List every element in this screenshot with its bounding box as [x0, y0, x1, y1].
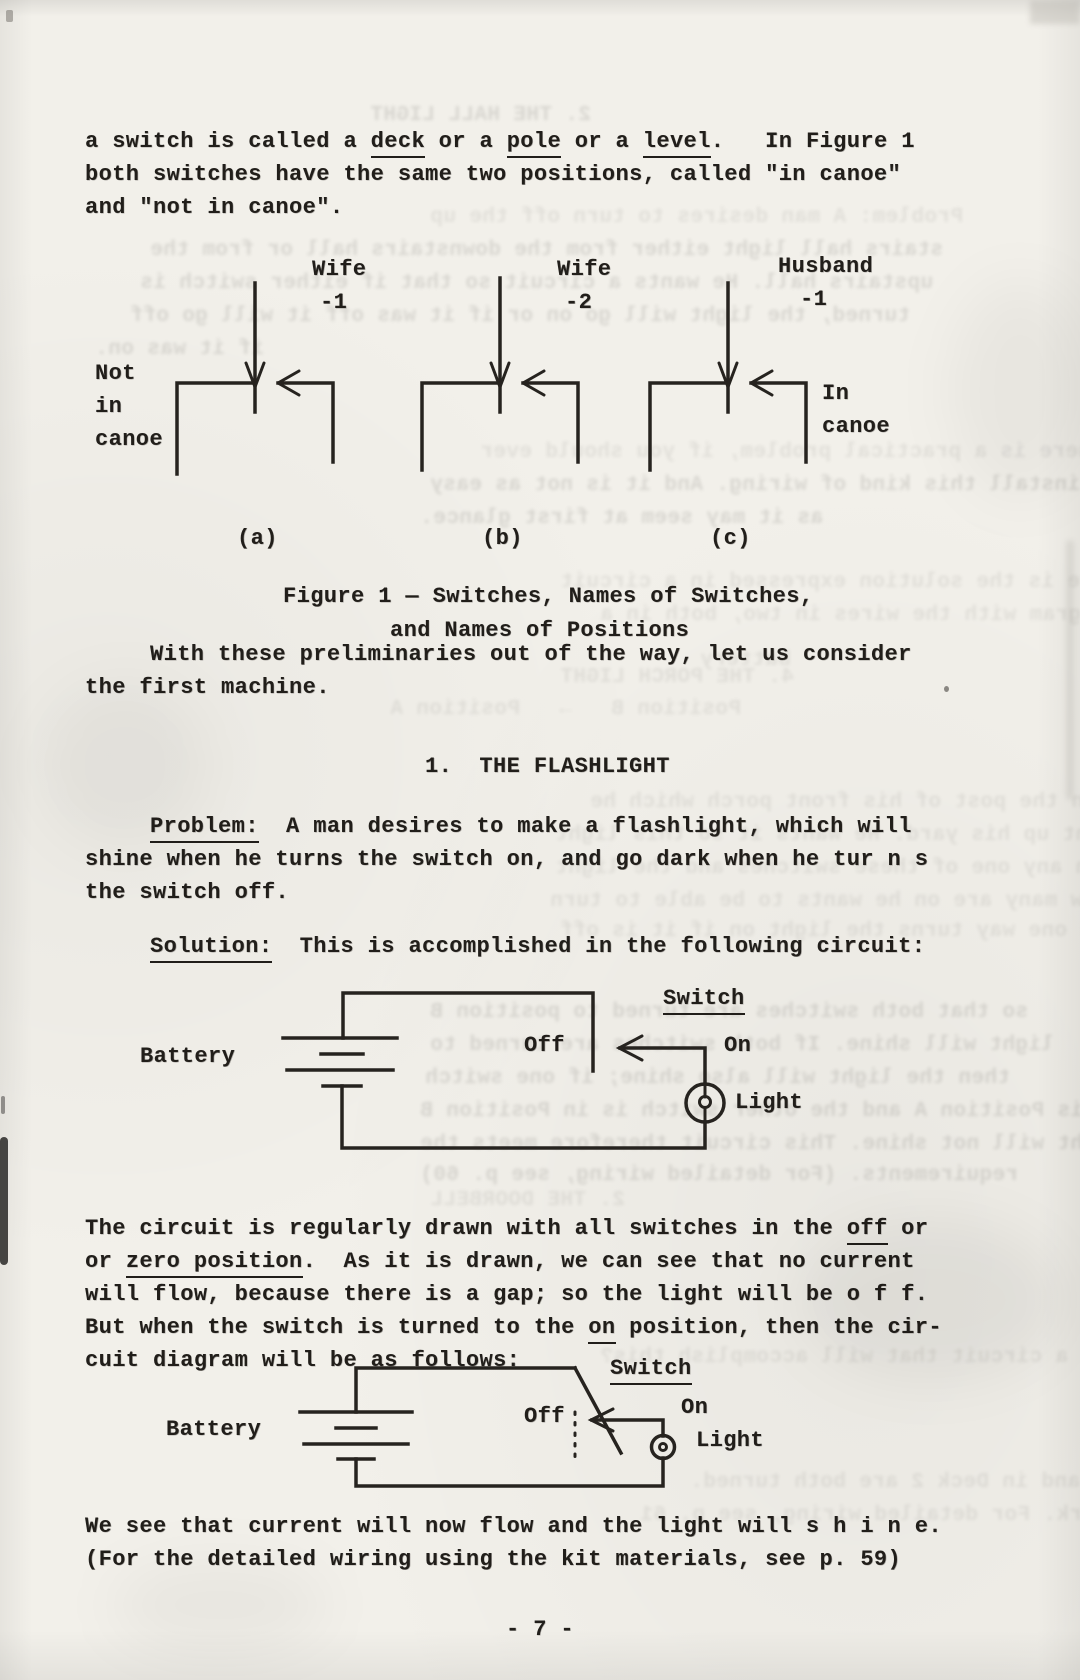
subfigure-tag-b: (b): [482, 525, 523, 552]
intro-line-1: a switch is called a deck or a pole or a…: [85, 128, 915, 155]
figure1-caption-line1: Figure 1 — Switches, Names of Switches,: [283, 583, 813, 610]
term-zero-position: zero position: [126, 1249, 303, 1278]
intro-text: or a: [425, 129, 507, 154]
intro-text: or a: [561, 129, 643, 154]
subfigure-tag-c: (c): [710, 525, 751, 552]
section-heading-flashlight: 1. THE FLASHLIGHT: [425, 753, 670, 780]
light-bulb-icon: [652, 1436, 675, 1459]
circuit1-battery-label: Battery: [140, 1043, 235, 1070]
paper-mottle: [950, 280, 1080, 500]
term-deck: deck: [371, 129, 425, 158]
bleed-through-line: 2. THE DOORBELL: [430, 1188, 625, 1214]
circuit2-wires: [356, 1368, 663, 1486]
circuit2-off-label: Off: [524, 1403, 565, 1430]
position-label-not: Not: [95, 360, 136, 387]
prelim-line-1: With these preliminaries out of the way,…: [150, 641, 912, 668]
term-pole: pole: [507, 129, 561, 158]
problem-line-1: Problem: A man desires to make a flashli…: [150, 813, 912, 840]
switch-c-symbol: [650, 283, 806, 470]
battery-symbol: [283, 1038, 397, 1086]
para2-line-2: or zero position. As it is drawn, we can…: [85, 1248, 915, 1275]
term-on: on: [588, 1315, 615, 1344]
bleed-through-line: as it may seem at first glance.: [420, 506, 823, 532]
closing-line-1: We see that current will now flow and th…: [85, 1513, 942, 1540]
circuit1-on-label: On: [724, 1032, 751, 1059]
circuit1-diagram: [270, 975, 830, 1165]
battery-symbol: [300, 1412, 412, 1459]
switch-c-number: -1: [800, 286, 827, 313]
switch-b-name: Wife: [557, 256, 611, 283]
position-label-canoe: canoe: [95, 426, 163, 453]
circuit2-switch-label: Switch: [610, 1355, 692, 1382]
para2-line-1: The circuit is regularly drawn with all …: [85, 1215, 928, 1242]
scan-artifact-corner-shadow: [1030, 0, 1080, 24]
circuit1-switch-label: Switch: [663, 985, 745, 1012]
light-bulb-icon: [686, 1084, 724, 1122]
intro-text: . In Figure 1: [711, 129, 915, 154]
scanned-document-page: 2. THE HALL LIGHT Problem: A man desires…: [0, 0, 1080, 1680]
switch-a-symbol: [177, 283, 333, 474]
problem-text: A man desires to make a flashlight, whic…: [259, 814, 912, 839]
circuit2-light-label: Light: [696, 1427, 764, 1454]
bleed-through-line: 2. THE HALL LIGHT: [370, 103, 591, 129]
figure1-caption-line2: and Names of Positions: [390, 617, 689, 644]
switch-b-number: -2: [565, 289, 592, 316]
para2-text: But when the switch is turned to the: [85, 1315, 588, 1340]
circuit1-light-label: Light: [735, 1089, 803, 1116]
problem-line-2: shine when he turns the switch on, and g…: [85, 846, 928, 873]
bleed-through-line: Position B → Position A: [390, 697, 741, 723]
bleed-through-line: Problem: A man desires to turn off the u…: [430, 205, 963, 231]
solution-label: Solution:: [150, 934, 272, 963]
paper-mottle: [800, 1220, 1060, 1380]
solution-line-1: Solution: This is accomplished in the fo…: [150, 933, 925, 960]
position-label-canoe-right: canoe: [822, 413, 890, 440]
intro-line-2: both switches have the same two position…: [85, 161, 901, 188]
bleed-through-line: 4. THE PORCH LIGHT: [560, 665, 794, 691]
circuit1-wires: [342, 993, 705, 1148]
intro-text: a switch is called a: [85, 129, 371, 154]
bleed-through-line: contacts in Deck 1 and in Deck 2 are bot…: [690, 1470, 1080, 1496]
scan-artifact-edge-mark: [1, 1096, 5, 1114]
paper-mottle: [40, 680, 210, 850]
switch-b-symbol: [422, 278, 578, 470]
switch-a-number: -1: [320, 289, 347, 316]
position-label-in-right: In: [822, 380, 849, 407]
solution-text: This is accomplished in the following ci…: [272, 934, 925, 959]
circuit2-on-label: On: [681, 1394, 708, 1421]
para2-text: The circuit is regularly drawn with all …: [85, 1216, 847, 1241]
scan-artifact-crease: [1066, 540, 1074, 800]
page-number: - 7 -: [506, 1616, 574, 1643]
bleed-through-line: requirements. (For detailed wiring, see …: [420, 1163, 1018, 1189]
circuit2-switch-text: Switch: [610, 1356, 692, 1385]
para2-text: or: [85, 1249, 126, 1274]
scan-artifact-speck: [6, 10, 13, 22]
scan-artifact-edge-streak: [0, 1137, 8, 1265]
subfigure-tag-a: (a): [237, 525, 278, 552]
scan-artifact-dot: [944, 686, 949, 692]
term-level: level: [643, 129, 711, 158]
paper-mottle: [110, 1560, 330, 1650]
problem-line-3: the switch off.: [85, 879, 289, 906]
circuit1-off-label: Off: [524, 1032, 565, 1059]
switch-a-name: Wife: [312, 256, 366, 283]
circuit1-switch-text: Switch: [663, 986, 745, 1015]
intro-line-3: and "not in canoe".: [85, 194, 343, 221]
switch-c-name: Husband: [778, 253, 873, 280]
circuit2-battery-label: Battery: [166, 1416, 261, 1443]
position-label-in: in: [95, 393, 122, 420]
bleed-through-line: no matter how many are on he wants to be…: [550, 889, 1080, 915]
